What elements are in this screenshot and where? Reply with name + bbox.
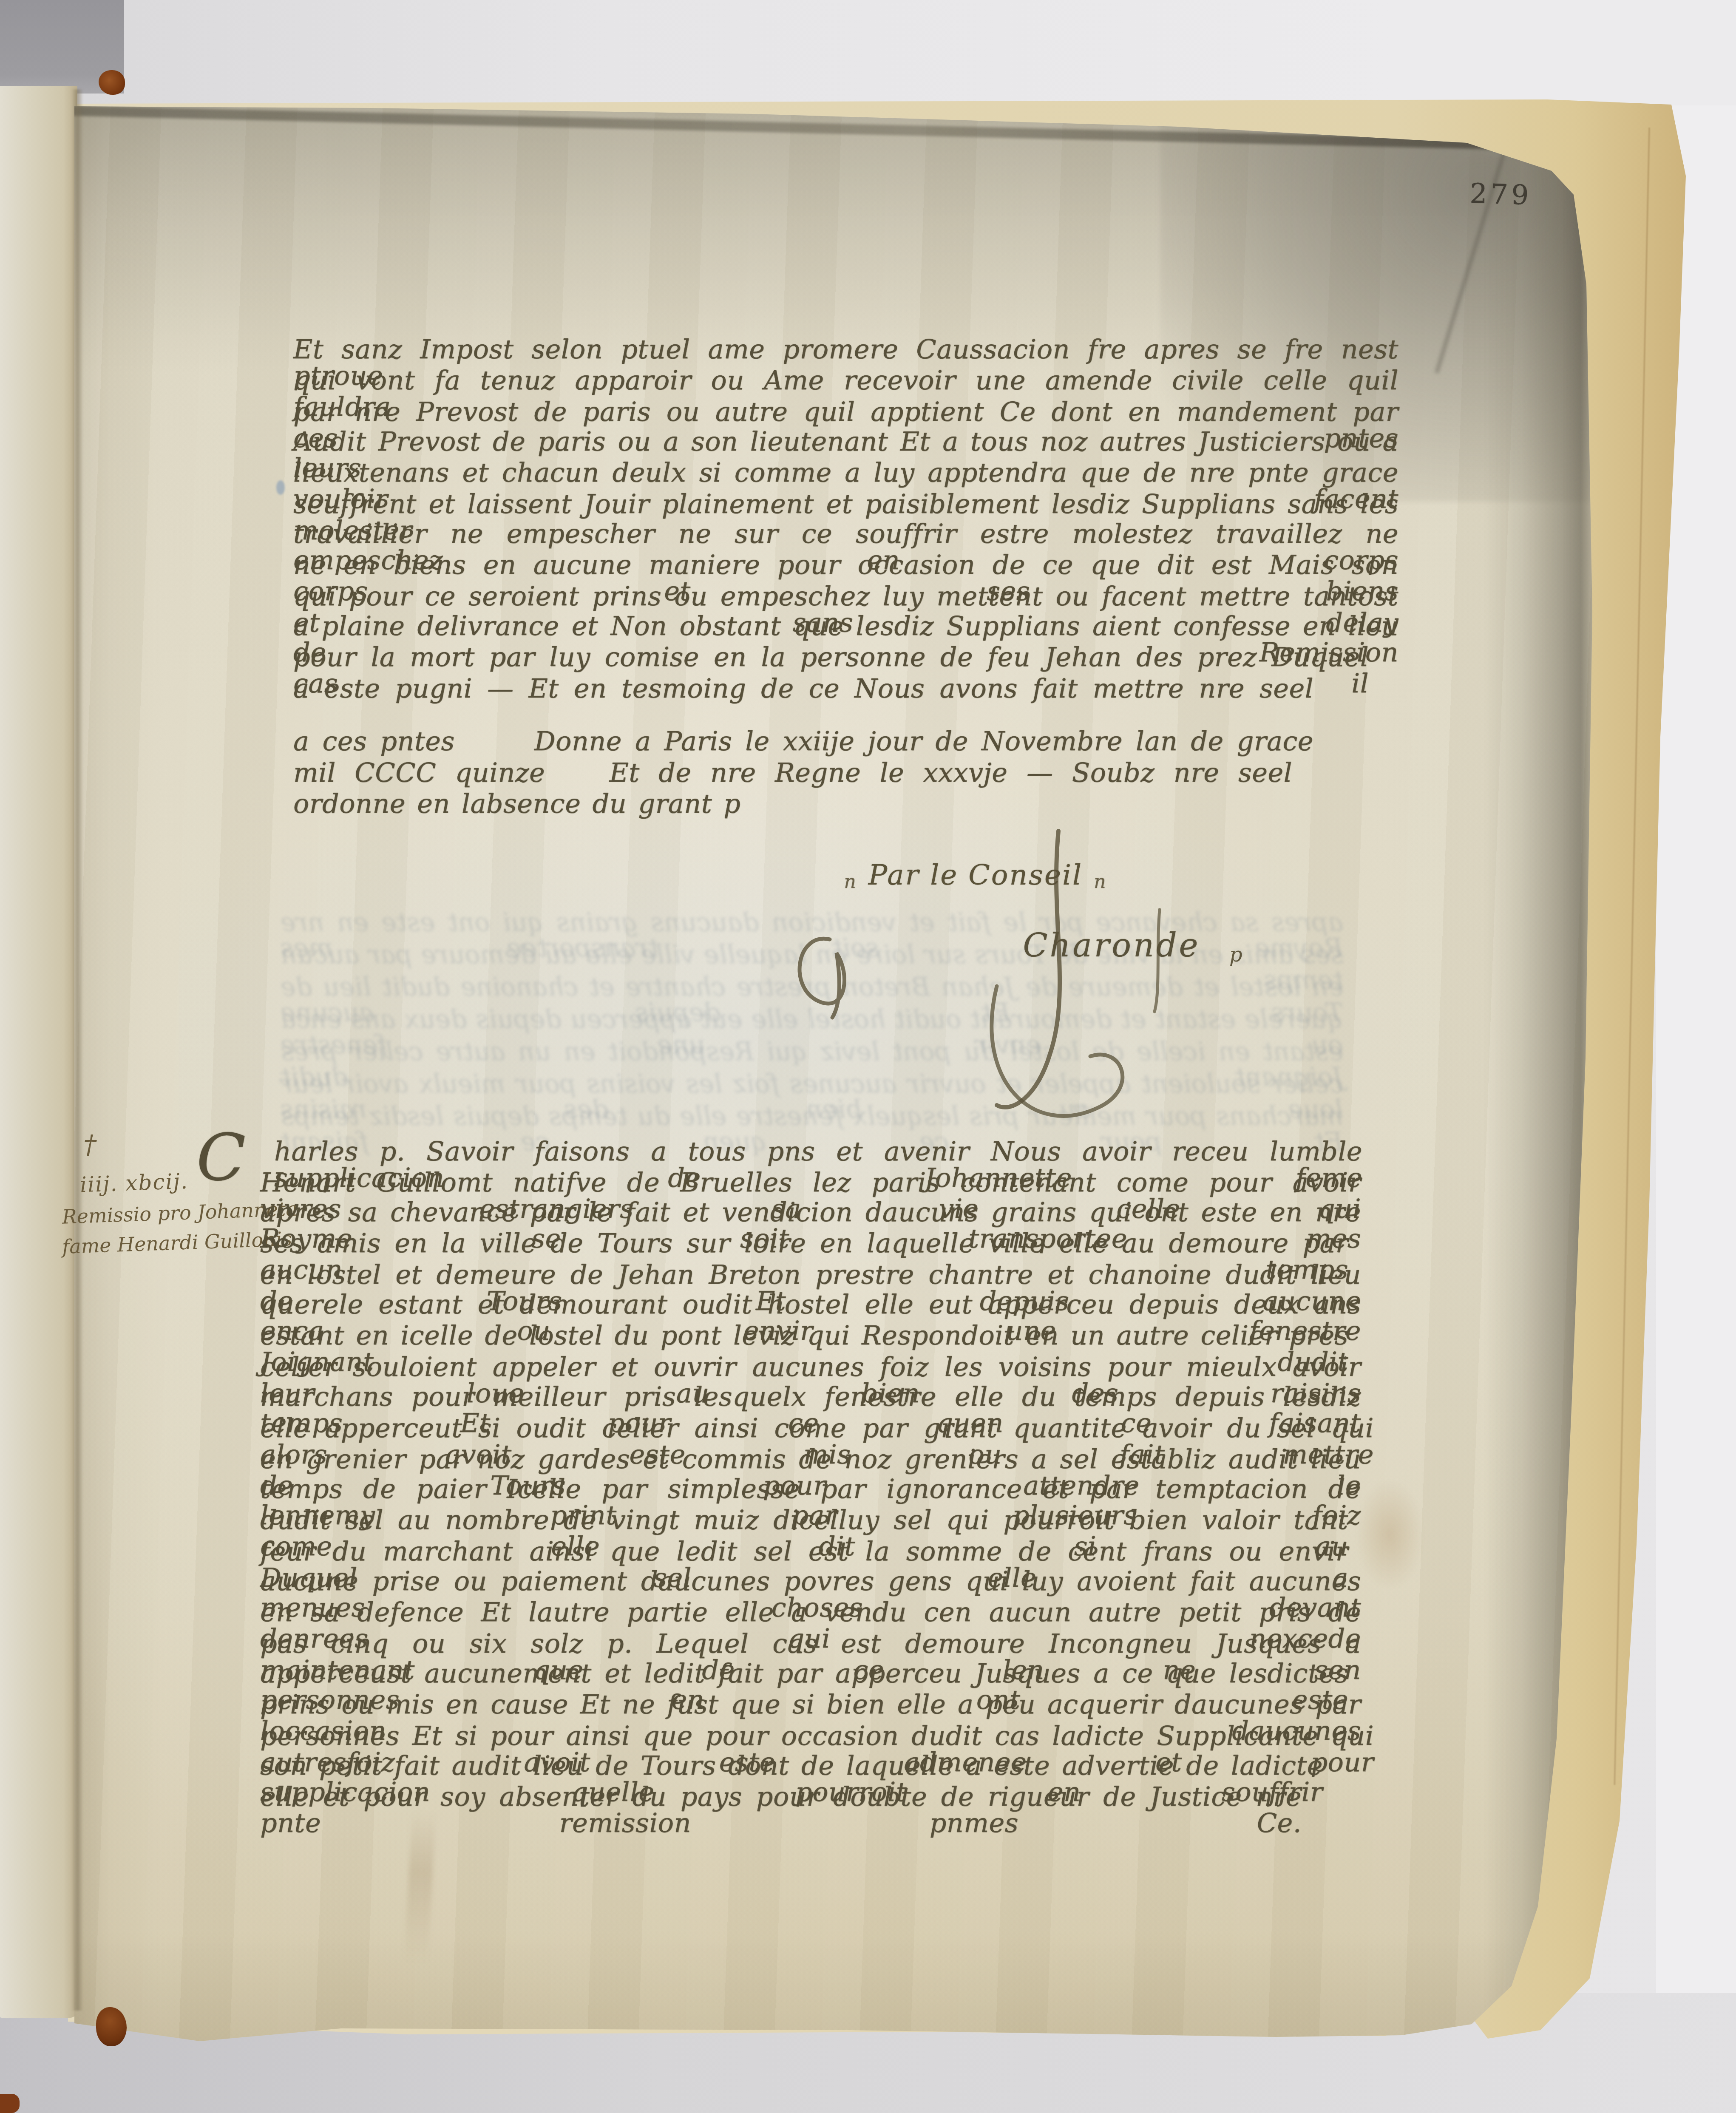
gutter-fold-shadow bbox=[71, 89, 82, 2011]
facing-page-gutter-leaf bbox=[0, 86, 77, 2018]
manuscript-line: elle et pour soy absenter du pays pour d… bbox=[260, 1784, 1302, 1836]
folio-number: 279 bbox=[1469, 180, 1532, 209]
margin-entry-number: iiij. xbcij. bbox=[79, 1171, 188, 1196]
blue-pigment-speck bbox=[276, 480, 285, 495]
decorated-initial: C bbox=[196, 1126, 246, 1190]
margin-cross-mark: † bbox=[83, 1132, 96, 1158]
manuscript-line: mil CCCC quinze Et de nre Regne le xxxvj… bbox=[293, 760, 1292, 786]
backdrop-top-strip bbox=[0, 0, 1736, 105]
binding-headband-bottom bbox=[96, 2007, 127, 2046]
binding-leather-sliver bbox=[0, 2094, 20, 2113]
manuscript-line: a ces pntes Donne a Paris le xxiije jour… bbox=[293, 728, 1313, 754]
binding-headband-top bbox=[99, 70, 125, 95]
manuscript-line: a este pugni — Et en tesmoing de ce Nous… bbox=[293, 675, 1313, 702]
photograph-of-manuscript-opening: 279 apres sa chevance par le fait et ven… bbox=[0, 0, 1736, 2113]
signature-flourish-swashes bbox=[680, 808, 1318, 1190]
